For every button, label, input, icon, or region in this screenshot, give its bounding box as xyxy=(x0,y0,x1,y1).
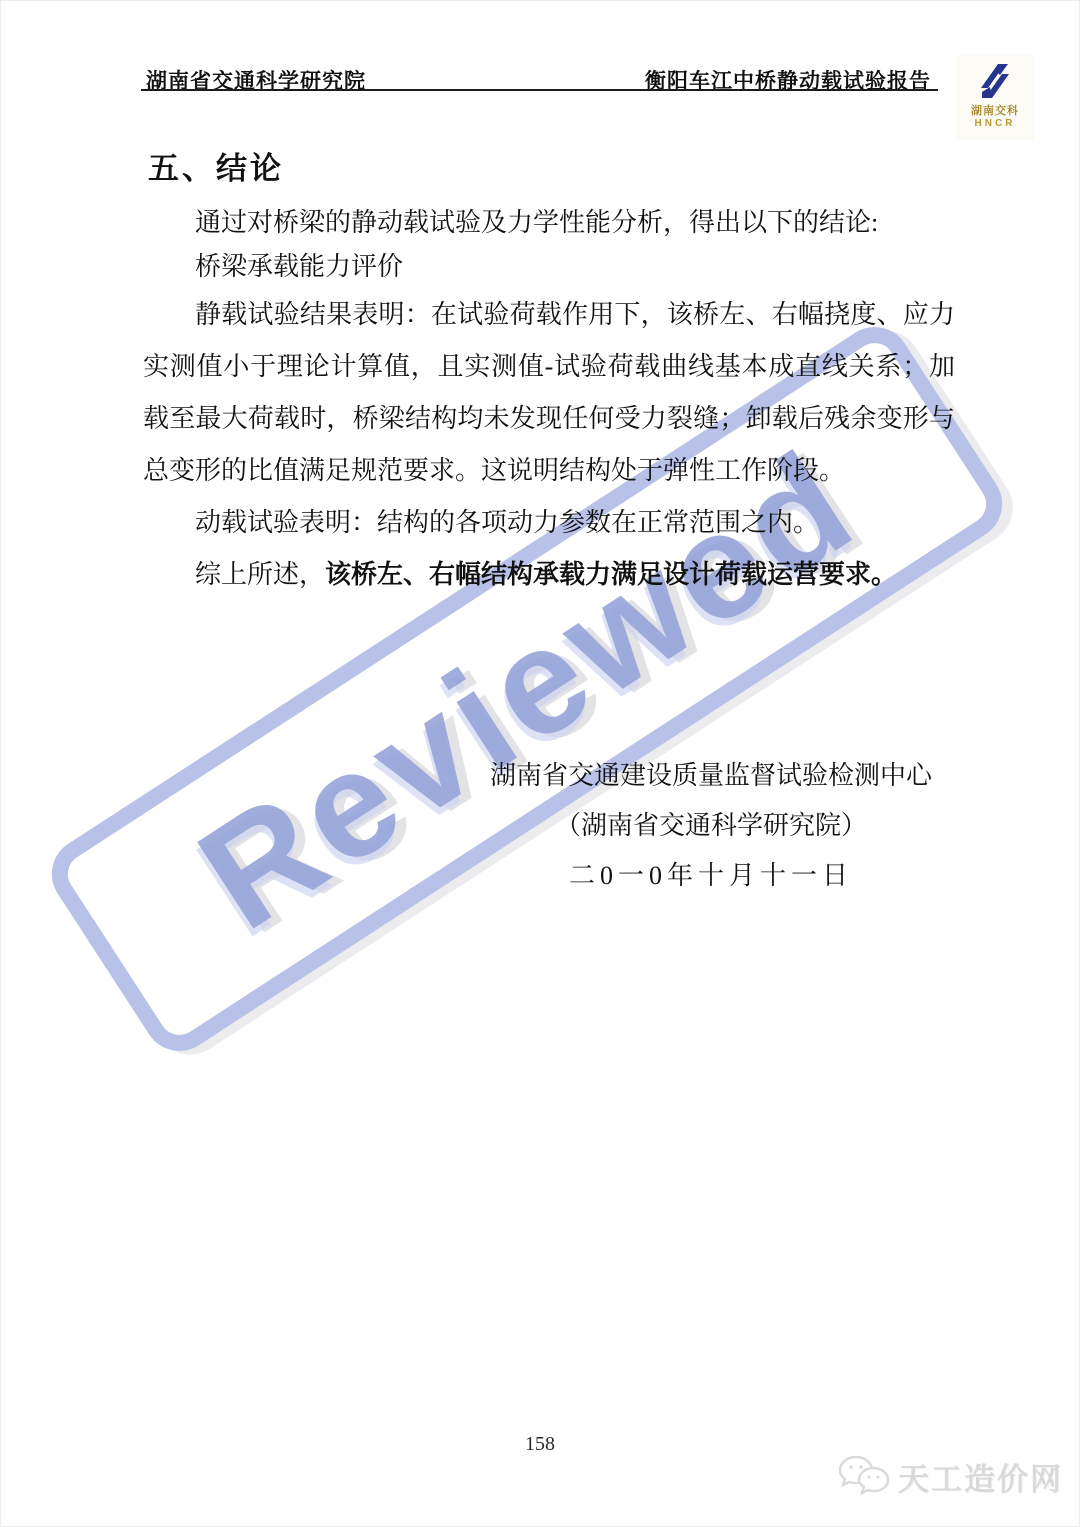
report-page: Reviewed 湖南省交通科学研究院 衡阳车江中桥静动载试验报告 湖南交科 H… xyxy=(0,0,1080,1527)
paragraph-5-emphasis: 该桥左、右幅结构承载力满足设计荷载运营要求。 xyxy=(325,560,897,589)
signature-org-line2: （湖南省交通科学研究院） xyxy=(411,801,1011,851)
logo-cn-text: 湖南交科 xyxy=(971,105,1019,118)
hncr-logo-icon xyxy=(973,57,1017,105)
signature-date: 二0一0年十月十一日 xyxy=(411,851,1011,901)
signature-org-line1: 湖南省交通建设质量监督试验检测中心 xyxy=(411,751,1011,801)
paragraph-5-lead: 综上所述， xyxy=(195,560,325,589)
conclusion-body: 通过对桥梁的静动载试验及力学性能分析，得出以下的结论: 桥梁承载能力评价 静载试… xyxy=(143,201,955,601)
hncr-logo: 湖南交科 HNCR xyxy=(956,55,1034,140)
logo-en-text: HNCR xyxy=(975,118,1016,130)
site-watermark: 天工造价网 xyxy=(836,1453,1063,1499)
header-rule xyxy=(141,89,938,91)
chat-bubbles-icon xyxy=(836,1453,892,1499)
body-paragraph-2: 桥梁承载能力评价 xyxy=(143,245,955,289)
signature-block: 湖南省交通建设质量监督试验检测中心 （湖南省交通科学研究院） 二0一0年十月十一… xyxy=(411,751,1011,901)
body-paragraph-5: 综上所述，该桥左、右幅结构承载力满足设计荷载运营要求。 xyxy=(143,549,955,601)
body-paragraph-4: 动载试验表明：结构的各项动力参数在正常范围之内。 xyxy=(143,497,955,549)
site-watermark-text: 天工造价网 xyxy=(898,1454,1063,1499)
section-title: 五、结论 xyxy=(148,143,284,188)
body-paragraph-1: 通过对桥梁的静动载试验及力学性能分析，得出以下的结论: xyxy=(143,201,955,245)
body-paragraph-3: 静载试验结果表明：在试验荷载作用下，该桥左、右幅挠度、应力实测值小于理论计算值，… xyxy=(143,289,955,497)
